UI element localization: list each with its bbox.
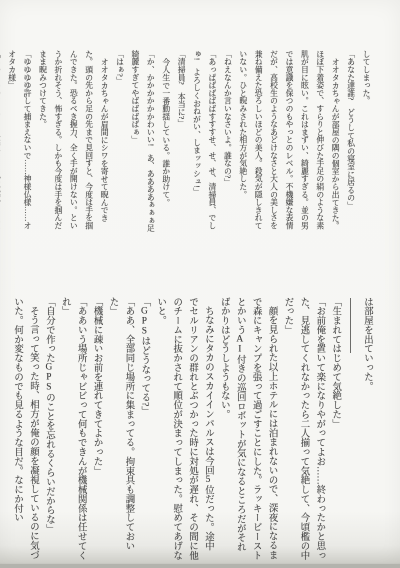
narration-paragraph: 今人生で一番動揺している。誰か助けて。: [158, 50, 173, 237]
upright-latin-run: AI: [235, 335, 245, 355]
dialogue-line: 「ああ、全部同じ場所に集まってる。拘束具も調整しておいた」: [104, 297, 136, 560]
scene-break-rule: [342, 297, 358, 355]
dialogue-line: 「あっちいってよ。ここ寝室よ? 私の邪魔しないで」: [0, 50, 4, 237]
narration-paragraph: してしまった。: [359, 50, 374, 237]
narration-paragraph: そう言って笑った時、相方が俺の顔を凝視しているのに気づいた。何か変なものでも見る…: [8, 297, 40, 560]
dialogue-line: 「清掃員? 本当に?」: [174, 50, 189, 237]
top-text-block: してしまった。「あなた達誰? どうして私の寝室に居るの」オオタカちゃんが部屋の隅…: [12, 50, 374, 237]
upright-latin-run: GPS: [139, 306, 149, 336]
dialogue-line: 「ああいう場所じゃビビって何もできんが機械関係は任せてくれ」: [56, 297, 88, 560]
upright-latin-run: GPS: [44, 363, 54, 393]
dialogue-line: 「自分で作ったGPSのことを忘れるくらいだからな」: [40, 297, 56, 560]
narration-paragraph: 顔を見られた以上ホテルには泊まれないので、深夜になるまで森にキャンプを張って過ご…: [215, 297, 279, 560]
dialogue-line: 「生まれてはじめて気絶した」: [326, 297, 342, 560]
scanned-novel-page: してしまった。「あなた達誰? どうして私の寝室に居るの」オオタカちゃんが部屋の隅…: [0, 0, 400, 568]
narration-paragraph: オオタカちゃんが眉間にシワを寄せて睨んできた。頭の先から足の先まで見回すと、今度…: [35, 50, 112, 237]
dialogue-line: 「ねえなんか言いなさいよ。誰なの?」: [220, 50, 235, 237]
dialogue-line: 「はぁ?」: [112, 50, 127, 237]
upright-latin-run: 5: [203, 475, 213, 485]
dialogue-line: 「ゆゆゆゆ許して捕まえないで……神様仏様……オオタカ様」: [4, 50, 35, 237]
narration-paragraph: ちなみにタカのスカイインパルスは今回5位だった。途中でセルリアンの群れとぶつかっ…: [151, 297, 215, 560]
narration-paragraph: オオタカちゃんが部屋の隅の個室から出てきた。ほぼ下着姿で、すらりと伸びた手足の絹…: [235, 50, 343, 237]
dialogue-line: 「か、かかかかかかわいい! あ、ああああぁぁぁ足綺麗すぎてやばばばばぁ」: [128, 50, 159, 237]
bottom-text-block: は部屋を出ていった。「生まれてはじめて気絶した」「お前俺を置いて楽になりやがって…: [10, 297, 374, 560]
dialogue-line: 「あっぱばばばばすすすせ、せ、せ、清掃員、でしゅ! よろしくおねがい、しまッッシ…: [189, 50, 220, 237]
dialogue-line: 「お前俺を置いて楽になりやがってよお……終わったかと思った、見逃してくれなかった…: [279, 297, 327, 560]
dialogue-line: 「あなた達誰? どうして私の寝室に居るの」: [343, 50, 358, 237]
page-bottom-edge-shadow: [0, 564, 400, 568]
narration-paragraph: は部屋を出ていった。: [358, 297, 374, 560]
dialogue-line: 「GPSはどうなってる?」: [135, 297, 151, 560]
dialogue-line: 「機械に疎いお前を連れてきてよかった」: [88, 297, 104, 560]
